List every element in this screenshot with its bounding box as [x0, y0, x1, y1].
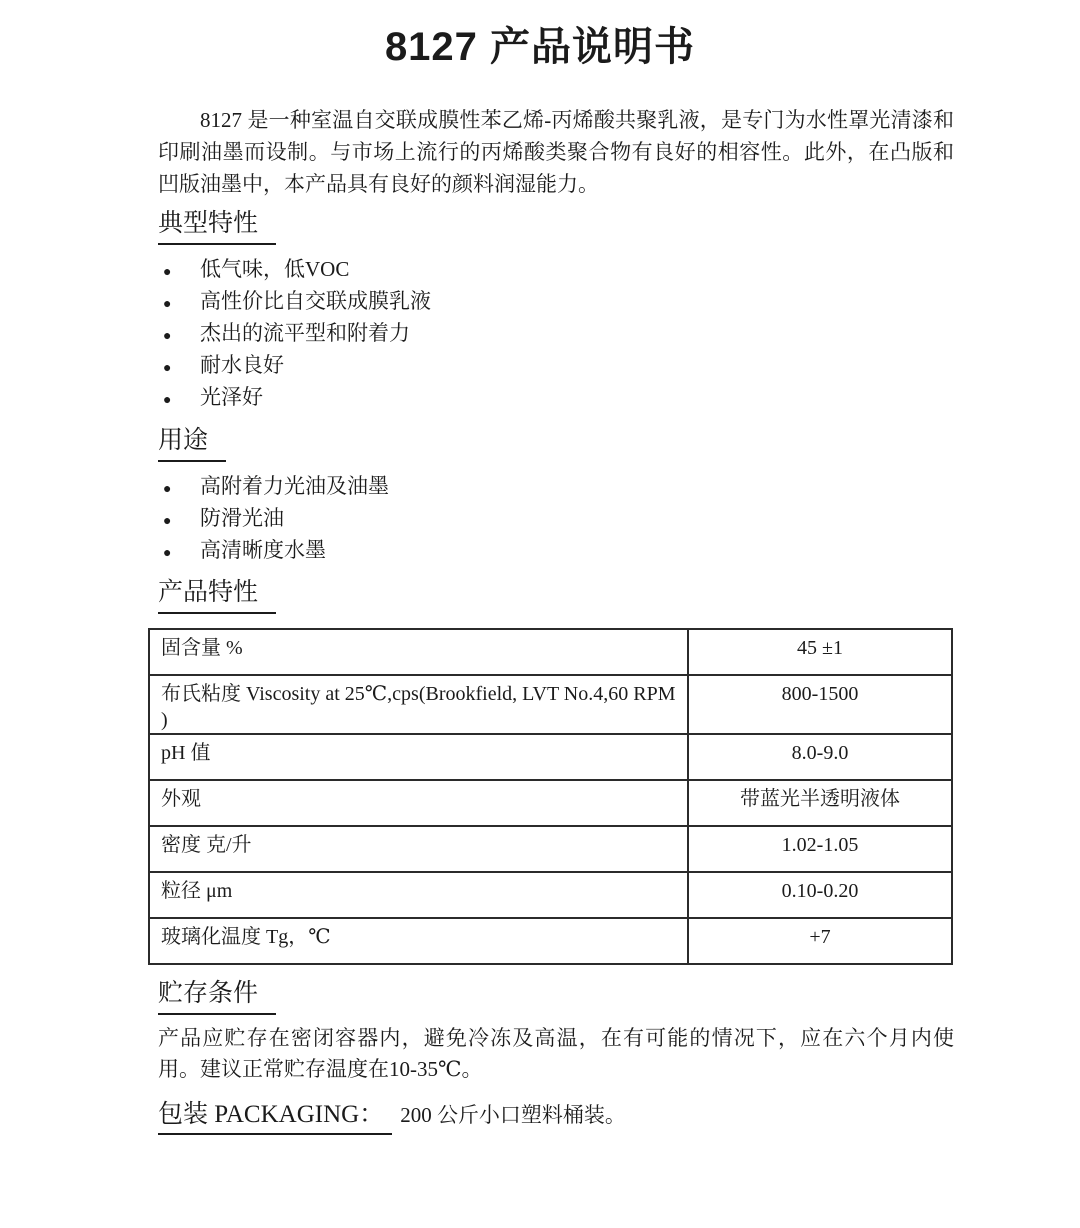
property-name-cell: pH 值: [149, 734, 688, 780]
list-item-text: 高清晰度水墨: [200, 536, 326, 565]
section-heading-uses: 用途: [158, 425, 1080, 462]
bullet-icon: ●: [158, 507, 200, 536]
section-heading-storage: 贮存条件: [158, 978, 1080, 1015]
packaging-line: 包装 PACKAGING：200 公斤小口塑料桶装。: [158, 1099, 954, 1135]
typical-features-list: ● 低气味，低VOC ● 高性价比自交联成膜乳液 ● 杰出的流平型和附着力 ● …: [158, 255, 954, 415]
property-value-cell: 800-1500: [688, 675, 952, 734]
property-value-cell: 0.10-0.20: [688, 872, 952, 918]
bullet-icon: ●: [158, 258, 200, 287]
section-heading-product-properties: 产品特性: [158, 577, 1080, 614]
table-row: 玻璃化温度 Tg，℃ +7: [149, 918, 952, 964]
list-item: ● 防滑光油: [158, 504, 954, 536]
list-item-text: 高附着力光油及油墨: [200, 472, 389, 501]
property-name-cell: 外观: [149, 780, 688, 826]
table-row: pH 值 8.0-9.0: [149, 734, 952, 780]
product-properties-table: 固含量 % 45 ±1 布氏粘度 Viscosity at 25℃,cps(Br…: [148, 628, 953, 965]
section-heading-text: 用途: [158, 425, 226, 462]
packaging-text: 200 公斤小口塑料桶装。: [400, 1103, 626, 1127]
bullet-icon: ●: [158, 475, 200, 504]
list-item: ● 高清晰度水墨: [158, 536, 954, 568]
intro-paragraph: 8127 是一种室温自交联成膜性苯乙烯-丙烯酸共聚乳液，是专门为水性罩光清漆和印…: [158, 104, 954, 200]
list-item-text: 防滑光油: [200, 504, 284, 533]
packaging-label: 包装 PACKAGING：: [158, 1099, 392, 1135]
uses-list: ● 高附着力光油及油墨 ● 防滑光油 ● 高清晰度水墨: [158, 472, 954, 568]
table-row: 布氏粘度 Viscosity at 25℃,cps(Brookfield, LV…: [149, 675, 952, 734]
table-row: 密度 克/升 1.02-1.05: [149, 826, 952, 872]
bullet-icon: ●: [158, 386, 200, 415]
list-item: ● 高附着力光油及油墨: [158, 472, 954, 504]
property-value-cell: 带蓝光半透明液体: [688, 780, 952, 826]
table-row: 粒径 μm 0.10-0.20: [149, 872, 952, 918]
section-heading-text: 产品特性: [158, 577, 276, 614]
list-item: ● 杰出的流平型和附着力: [158, 319, 954, 351]
property-name-cell: 玻璃化温度 Tg，℃: [149, 918, 688, 964]
list-item: ● 耐水良好: [158, 351, 954, 383]
table-row: 外观 带蓝光半透明液体: [149, 780, 952, 826]
section-heading-text: 贮存条件: [158, 978, 276, 1015]
property-name-cell: 粒径 μm: [149, 872, 688, 918]
list-item-text: 光泽好: [200, 383, 263, 412]
list-item: ● 光泽好: [158, 383, 954, 415]
page-title: 8127 产品说明书: [0, 0, 1080, 72]
list-item-text: 高性价比自交联成膜乳液: [200, 287, 431, 316]
property-name-cell: 固含量 %: [149, 629, 688, 675]
property-value-cell: 1.02-1.05: [688, 826, 952, 872]
property-name-cell: 布氏粘度 Viscosity at 25℃,cps(Brookfield, LV…: [149, 675, 688, 734]
storage-paragraph: 产品应贮存在密闭容器内，避免冷冻及高温，在有可能的情况下，应在六个月内使用。建议…: [158, 1023, 954, 1085]
table-row: 固含量 % 45 ±1: [149, 629, 952, 675]
list-item: ● 低气味，低VOC: [158, 255, 954, 287]
property-name-cell: 密度 克/升: [149, 826, 688, 872]
property-value-cell: +7: [688, 918, 952, 964]
product-spec-document: 8127 产品说明书 8127 是一种室温自交联成膜性苯乙烯-丙烯酸共聚乳液，是…: [0, 0, 1080, 1228]
bullet-icon: ●: [158, 290, 200, 319]
list-item-text: 杰出的流平型和附着力: [200, 319, 410, 348]
list-item-text: 耐水良好: [200, 351, 284, 380]
section-heading-text: 典型特性: [158, 208, 276, 245]
section-heading-typical-features: 典型特性: [158, 208, 1080, 245]
property-value-cell: 45 ±1: [688, 629, 952, 675]
bullet-icon: ●: [158, 354, 200, 383]
list-item: ● 高性价比自交联成膜乳液: [158, 287, 954, 319]
list-item-text: 低气味，低VOC: [200, 255, 349, 284]
property-value-cell: 8.0-9.0: [688, 734, 952, 780]
bullet-icon: ●: [158, 539, 200, 568]
bullet-icon: ●: [158, 322, 200, 351]
